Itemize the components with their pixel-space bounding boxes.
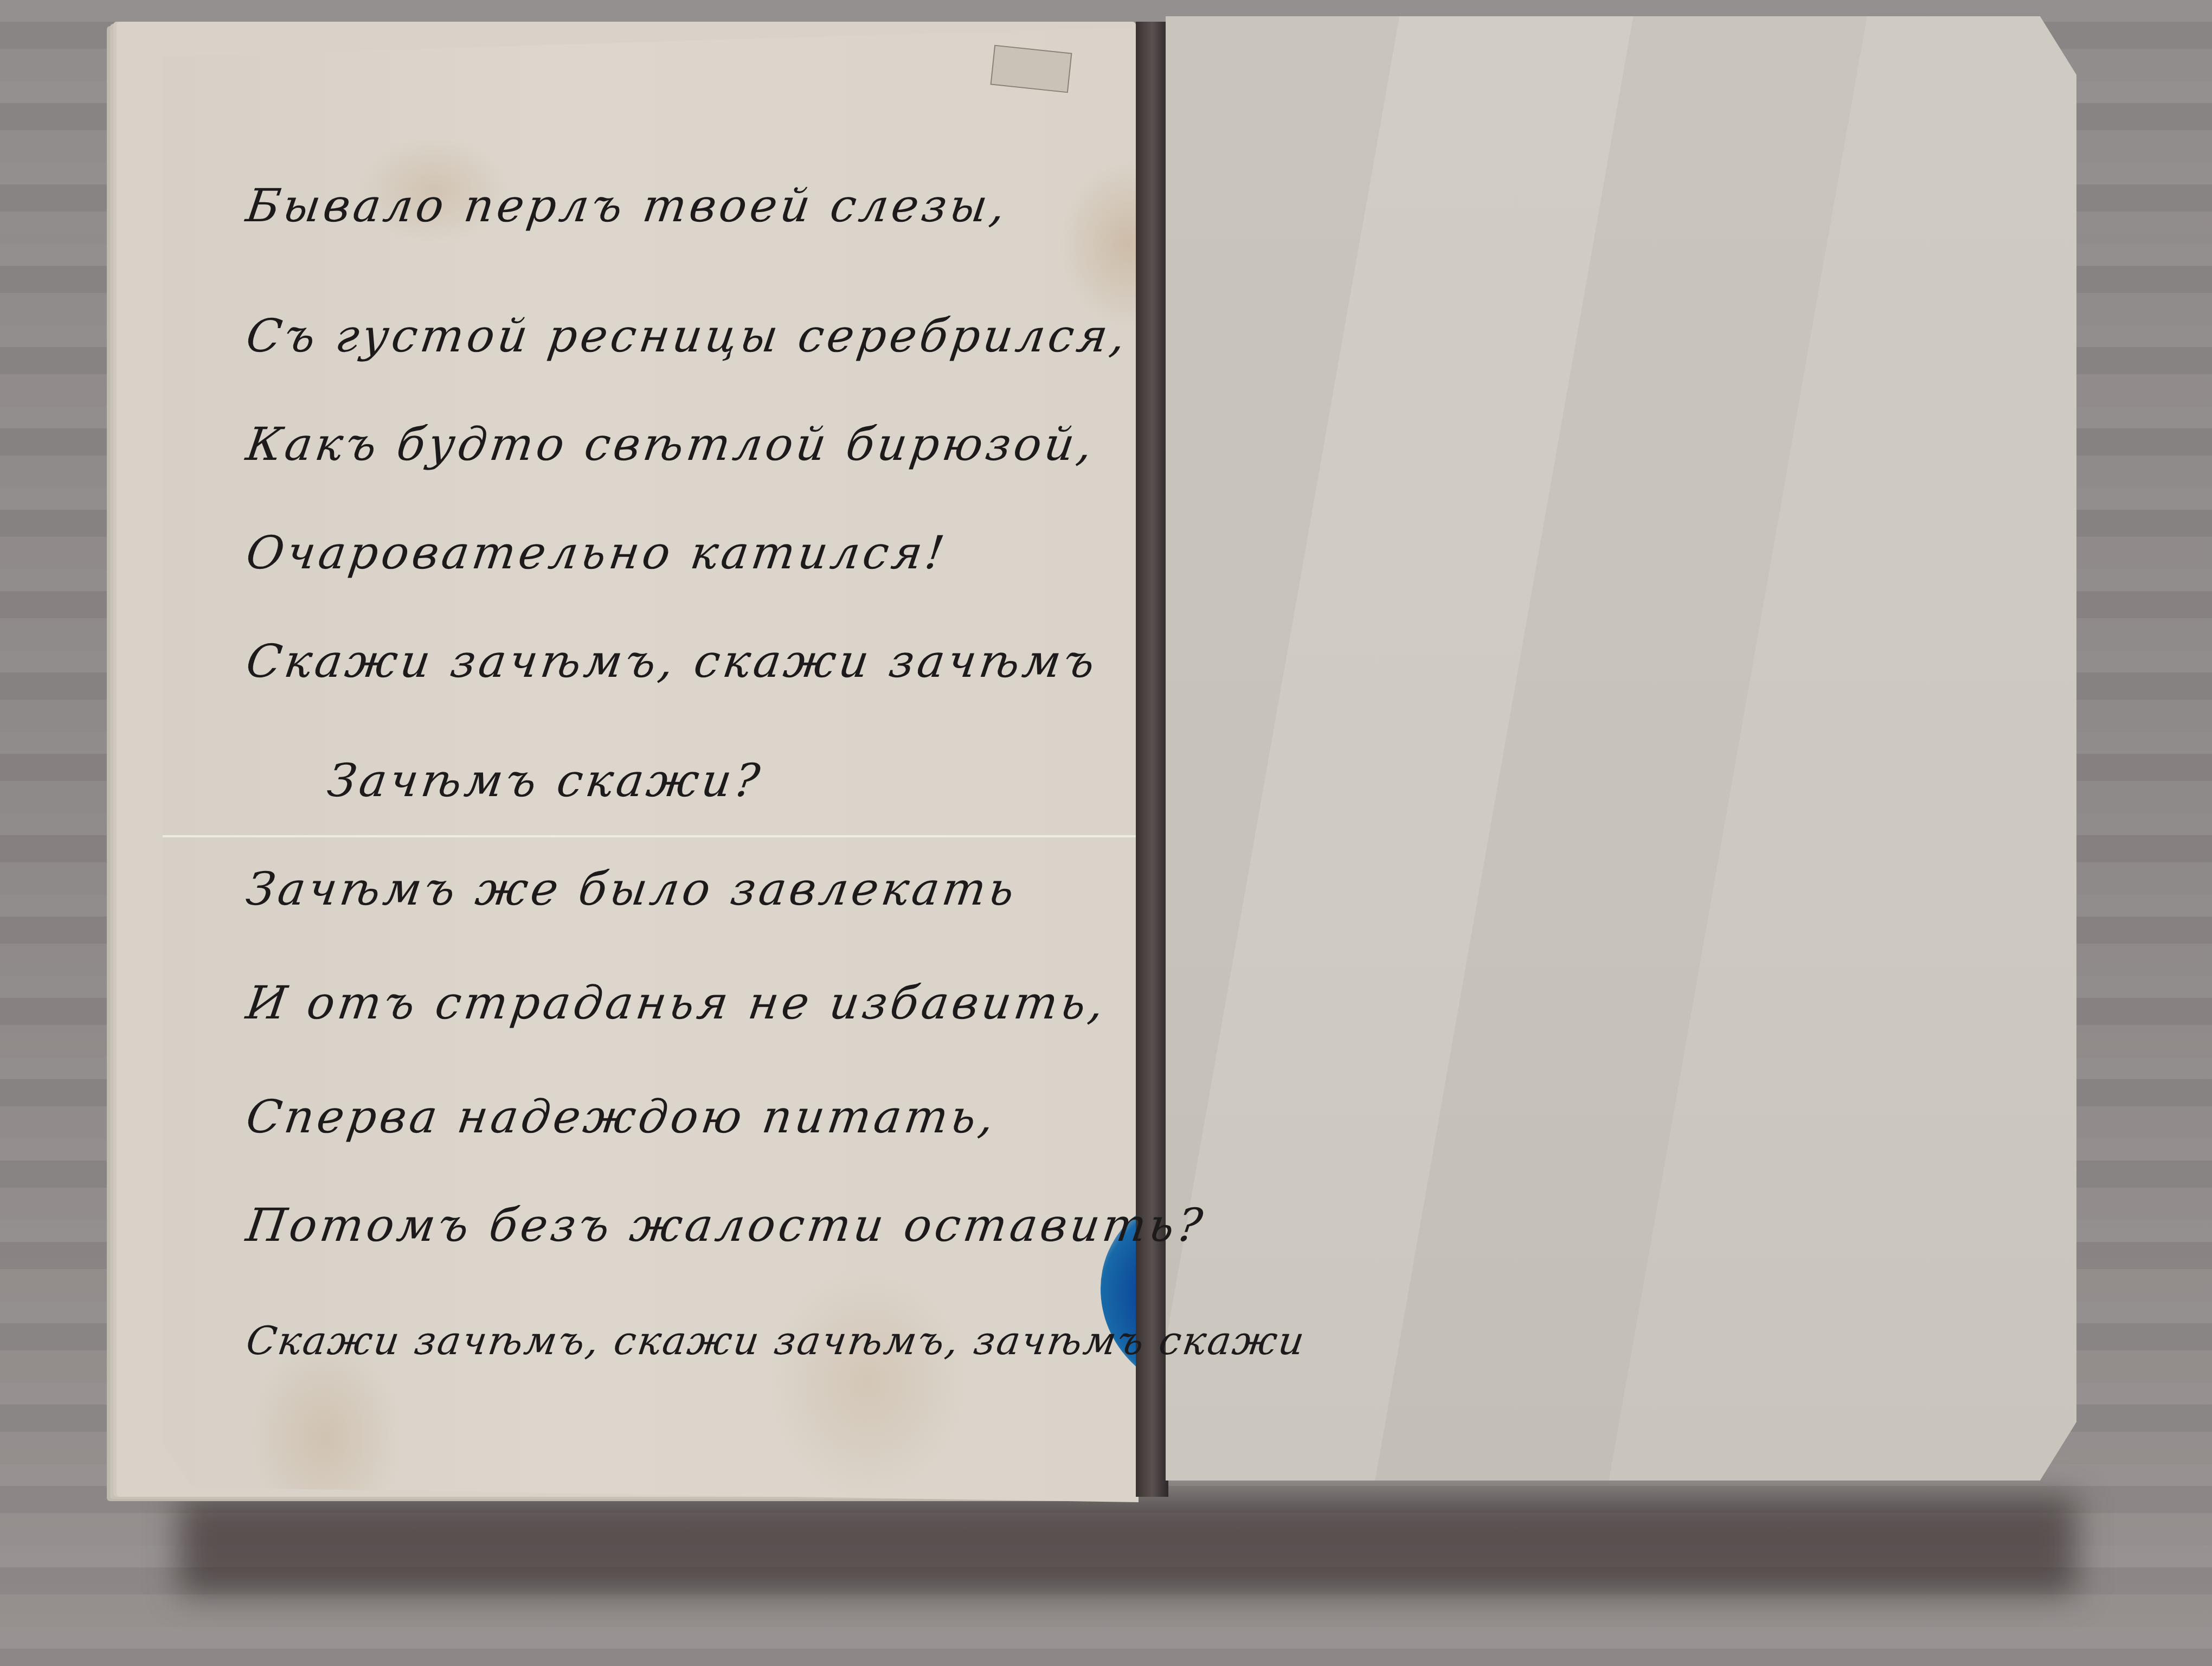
poem-line-2: Съ густой ресницы серебрился, xyxy=(243,309,1132,362)
right-page-blank xyxy=(1166,16,2076,1481)
poem-line-8: И отъ страданья не избавить, xyxy=(243,976,1110,1029)
poem-line-3: Какъ будто свѣтлой бирюзой, xyxy=(243,418,1099,471)
poem-line-9: Сперва надеждою питать, xyxy=(243,1090,1001,1143)
poem-line-7: Зачѣмъ же было завлекать xyxy=(243,862,1021,915)
notebook-spine xyxy=(1136,22,1168,1497)
poem-line-6: Зачѣмъ скажи? xyxy=(324,754,766,807)
poem-line-1: Бывало перлъ твоей слезы, xyxy=(243,179,1012,232)
poem-line-10: Потомъ безъ жалости оставить? xyxy=(243,1199,1209,1252)
poem-line-5: Скажи зачѣмъ, скажи зачѣмъ xyxy=(243,635,1101,688)
page-fold-line xyxy=(163,835,1139,837)
notebook-shadow xyxy=(179,1497,2076,1594)
paper-tab xyxy=(991,45,1072,93)
poem-line-4: Очаровательно катился! xyxy=(243,526,950,579)
poem-line-11: Скажи зачѣмъ, скажи зачѣмъ, зачѣмъ скажи xyxy=(243,1318,1309,1363)
